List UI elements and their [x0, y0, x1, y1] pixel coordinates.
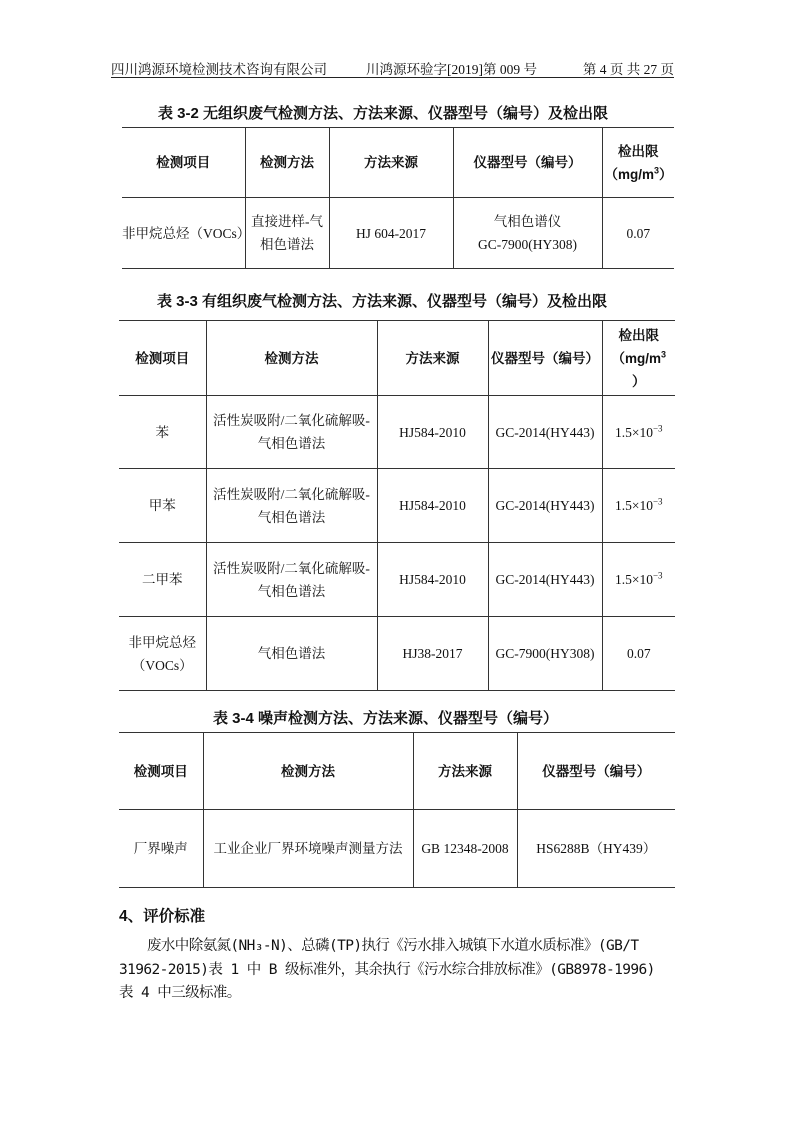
- header-doc-number: 川鸿源环验字[2019]第 009 号: [366, 58, 537, 78]
- header-page-number: 第 4 页 共 27 页: [583, 58, 674, 78]
- cell-item: 苯: [119, 396, 206, 469]
- cell-method: 工业企业厂界环境噪声测量方法: [203, 810, 413, 888]
- cell-method: 直接进样-气相色谱法: [245, 198, 329, 269]
- header-cell: 检测项目: [119, 733, 203, 810]
- cell-item: 非甲烷总烃（VOCs）: [119, 617, 206, 691]
- table-row: 非甲烷总烃（VOCs） 气相色谱法 HJ38-2017 GC-7900(HY30…: [119, 617, 675, 691]
- table-3-2-caption: 表 3-2 无组织废气检测方法、方法来源、仪器型号（编号）及检出限: [158, 102, 608, 123]
- cell-instrument: GC-7900(HY308): [488, 617, 602, 691]
- header-cell: 方法来源: [377, 321, 488, 396]
- paragraph-line: 废水中除氨氮(NH₃-N)、总磷(TP)执行《污水排入城镇下水道水质标准》(GB…: [119, 935, 675, 959]
- header-cell: 仪器型号（编号）: [517, 733, 675, 810]
- cell-method: 活性炭吸附/二氧化硫解吸-气相色谱法: [206, 469, 377, 543]
- table-row: 苯 活性炭吸附/二氧化硫解吸-气相色谱法 HJ584-2010 GC-2014(…: [119, 396, 675, 469]
- cell-method: 活性炭吸附/二氧化硫解吸-气相色谱法: [206, 396, 377, 469]
- header-company: 四川鸿源环境检测技术咨询有限公司: [111, 58, 327, 78]
- table-header-row: 检测项目 检测方法 方法来源 仪器型号（编号） 检出限 （mg/m3 ）: [119, 321, 675, 396]
- cell-limit: 0.07: [602, 198, 674, 269]
- cell-instrument: GC-2014(HY443): [488, 469, 602, 543]
- header-cell: 检测项目: [119, 321, 206, 396]
- cell-source: HJ584-2010: [377, 543, 488, 617]
- table-3-4-caption: 表 3-4 噪声检测方法、方法来源、仪器型号（编号）: [213, 707, 558, 728]
- cell-instrument: GC-2014(HY443): [488, 396, 602, 469]
- header-cell: 检出限 （mg/m3 ）: [602, 321, 675, 396]
- table-3-3-caption: 表 3-3 有组织废气检测方法、方法来源、仪器型号（编号）及检出限: [157, 290, 607, 311]
- header-cell: 方法来源: [329, 128, 453, 198]
- cell-item: 非甲烷总烃（VOCs）: [122, 198, 245, 269]
- cell-item: 二甲苯: [119, 543, 206, 617]
- section-heading: 4、评价标准: [119, 904, 205, 926]
- table-row: 二甲苯 活性炭吸附/二氧化硫解吸-气相色谱法 HJ584-2010 GC-201…: [119, 543, 675, 617]
- cell-limit: 1.5×10−3: [602, 396, 675, 469]
- cell-instrument: 气相色谱仪GC-7900(HY308): [453, 198, 602, 269]
- cell-item: 厂界噪声: [119, 810, 203, 888]
- cell-limit: 1.5×10−3: [602, 469, 675, 543]
- table-3-2: 检测项目 检测方法 方法来源 仪器型号（编号） 检出限 （mg/m3） 非甲烷总…: [122, 127, 674, 269]
- table-row: 非甲烷总烃（VOCs） 直接进样-气相色谱法 HJ 604-2017 气相色谱仪…: [122, 198, 674, 269]
- cell-source: GB 12348-2008: [413, 810, 517, 888]
- header-cell: 检测项目: [122, 128, 245, 198]
- header-cell: 仪器型号（编号）: [488, 321, 602, 396]
- cell-instrument: GC-2014(HY443): [488, 543, 602, 617]
- paragraph-line: 表 4 中三级标准。: [119, 982, 675, 1006]
- header-cell: 检测方法: [206, 321, 377, 396]
- table-3-3: 检测项目 检测方法 方法来源 仪器型号（编号） 检出限 （mg/m3 ） 苯 活…: [119, 320, 675, 691]
- cell-source: HJ 604-2017: [329, 198, 453, 269]
- header-limit-label: 检出限: [605, 140, 673, 163]
- table-row: 厂界噪声 工业企业厂界环境噪声测量方法 GB 12348-2008 HS6288…: [119, 810, 675, 888]
- cell-instrument: HS6288B（HY439）: [517, 810, 675, 888]
- table-row: 甲苯 活性炭吸附/二氧化硫解吸-气相色谱法 HJ584-2010 GC-2014…: [119, 469, 675, 543]
- cell-item: 甲苯: [119, 469, 206, 543]
- header-cell: 方法来源: [413, 733, 517, 810]
- table-3-4: 检测项目 检测方法 方法来源 仪器型号（编号） 厂界噪声 工业企业厂界环境噪声测…: [119, 732, 675, 888]
- cell-method: 活性炭吸附/二氧化硫解吸-气相色谱法: [206, 543, 377, 617]
- section-paragraph: 废水中除氨氮(NH₃-N)、总磷(TP)执行《污水排入城镇下水道水质标准》(GB…: [119, 935, 675, 1006]
- cell-limit: 0.07: [602, 617, 675, 691]
- table-header-row: 检测项目 检测方法 方法来源 仪器型号（编号） 检出限 （mg/m3）: [122, 128, 674, 198]
- header-cell: 检测方法: [203, 733, 413, 810]
- cell-limit: 1.5×10−3: [602, 543, 675, 617]
- header-limit-unit: （mg/m3）: [605, 163, 673, 186]
- cell-source: HJ584-2010: [377, 469, 488, 543]
- header-cell: 检出限 （mg/m3）: [602, 128, 674, 198]
- header-limit-label: 检出限: [605, 324, 674, 347]
- cell-source: HJ584-2010: [377, 396, 488, 469]
- header-limit-unit: （mg/m3 ）: [605, 347, 674, 393]
- header-cell: 仪器型号（编号）: [453, 128, 602, 198]
- header-cell: 检测方法: [245, 128, 329, 198]
- page-header: 四川鸿源环境检测技术咨询有限公司 川鸿源环验字[2019]第 009 号 第 4…: [111, 56, 674, 78]
- cell-method: 气相色谱法: [206, 617, 377, 691]
- paragraph-line: 31962-2015)表 1 中 B 级标准外，其余执行《污水综合排放标准》(G…: [119, 959, 675, 983]
- table-header-row: 检测项目 检测方法 方法来源 仪器型号（编号）: [119, 733, 675, 810]
- cell-source: HJ38-2017: [377, 617, 488, 691]
